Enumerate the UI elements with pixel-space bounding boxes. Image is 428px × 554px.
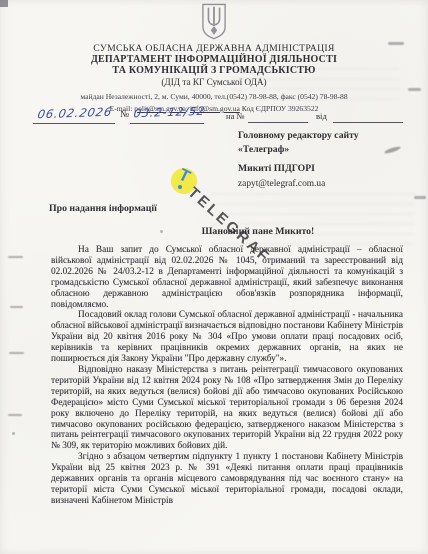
number-underline xyxy=(130,122,204,124)
scan-smudge xyxy=(8,414,22,416)
scan-speck xyxy=(12,432,15,435)
org-address: майдан Незалежності, 2, м. Суми, 40000, … xyxy=(0,91,428,102)
scanned-letter-page: СУМСЬКА ОБЛАСНА ДЕРЖАВНА АДМІНІСТРАЦІЯ Д… xyxy=(0,0,428,554)
outgoing-number-handwritten: 03.2-12/52 xyxy=(133,104,207,120)
recipient-email: zapyt@telegraf.com.ua xyxy=(238,179,359,190)
reply-to-number-label: на № xyxy=(226,111,245,121)
recipient-name: Микиті ПІДГОРІ xyxy=(238,163,359,174)
reply-date-underline xyxy=(333,121,403,123)
letter-body: На Ваш запит до Сумської обласної держав… xyxy=(51,245,403,507)
scan-smudge xyxy=(414,196,426,199)
outgoing-date-handwritten: 06.02.2026 xyxy=(37,105,114,122)
paragraph-4: Згідно з абзацом четвертим підпункту 1 п… xyxy=(51,452,403,507)
scan-smudge xyxy=(9,352,24,354)
recipient-title-line2: «Телеграф» xyxy=(238,144,359,155)
paragraph-1: На Ваш запит до Сумської обласної держав… xyxy=(51,245,403,310)
scan-swoosh-mark xyxy=(384,145,401,154)
paragraph-3: Відповідно наказу Міністерства з питань … xyxy=(51,365,403,452)
salutation: Шановний пане Микито! xyxy=(108,226,408,237)
date-underline xyxy=(33,122,115,124)
paragraph-2: Посадовий оклад голови Сумської обласної… xyxy=(51,310,403,365)
scan-speck xyxy=(160,230,163,233)
scan-smudge xyxy=(388,42,404,45)
recipient-block: Головному редактору сайту «Телеграф» Мик… xyxy=(238,130,359,190)
org-abbreviation: (ДІД та КГ Сумської ОДА) xyxy=(0,77,428,88)
number-sign: № xyxy=(120,110,129,120)
scan-smudge xyxy=(8,256,23,258)
reply-number-underline xyxy=(248,121,308,123)
ukraine-trident-icon xyxy=(199,3,229,40)
scan-smudge xyxy=(10,306,23,308)
recipient-title-line1: Головному редактору сайту xyxy=(238,130,359,141)
subject-line: Про надання інформації xyxy=(49,203,157,214)
telegraf-logo-dot xyxy=(178,185,182,189)
scan-corner-mark xyxy=(0,0,8,7)
letterhead: СУМСЬКА ОБЛАСНА ДЕРЖАВНА АДМІНІСТРАЦІЯ Д… xyxy=(0,43,428,114)
org-department-line2: ТА КОМУНІКАЦІЙ З ГРОМАДСЬКІСТЮ xyxy=(0,65,428,76)
org-department-line1: ДЕПАРТАМЕНТ ІНФОРМАЦІЙНОЇ ДІЯЛЬНОСТІ xyxy=(0,54,428,65)
org-name: СУМСЬКА ОБЛАСНА ДЕРЖАВНА АДМІНІСТРАЦІЯ xyxy=(0,43,428,54)
reply-date-label: від xyxy=(316,111,327,121)
edrpou-code: Код ЄДРПОУ 39263522 xyxy=(240,104,319,113)
scan-smudge xyxy=(408,88,421,91)
